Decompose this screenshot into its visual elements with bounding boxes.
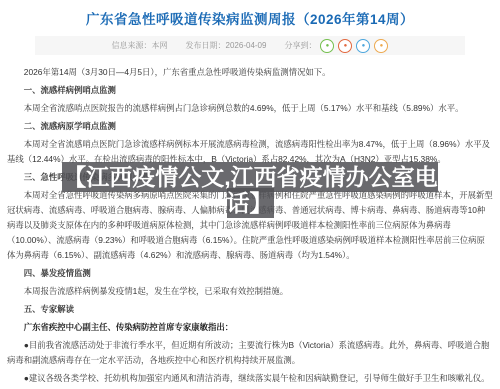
info-source-label: 信息来源： xyxy=(112,41,152,50)
qzone-share-icon[interactable]: ● xyxy=(374,39,388,53)
share-label: 分享到： xyxy=(284,40,316,51)
expert-bullet-1: ●目前我省流感活动处于非流行季水平，但近期有所波动；主要流行株为B（Victor… xyxy=(7,338,493,368)
weibo-share-icon[interactable]: ● xyxy=(338,39,352,53)
qq-share-icon[interactable]: ● xyxy=(356,39,370,53)
intro-paragraph: 2026年第14周（3月30日—4月5日），广东省重点急性呼吸道传染病监测情况如… xyxy=(7,65,493,80)
section-3-heading: 三、急性呼吸道传染病多病原监测 xyxy=(7,170,493,185)
meta-bar: 信息来源：本网 发布日期：2026-04-09 分享到： ● ● ● ● xyxy=(35,36,465,55)
section-1-paragraph: 本周全省流感哨点医院报告的流感样病例占门急诊病例总数的4.69%，低于上周（5.… xyxy=(7,101,493,116)
publish-date: 发布日期：2026-04-09 xyxy=(186,40,267,51)
weekly-report-page: 广东省急性呼吸道传染病监测周报（2026年第14周） 信息来源：本网 发布日期：… xyxy=(0,0,500,389)
wechat-share-icon[interactable]: ● xyxy=(320,39,334,53)
article-body: 2026年第14周（3月30日—4月5日），广东省重点急性呼吸道传染病监测情况如… xyxy=(7,65,493,386)
info-source: 信息来源：本网 xyxy=(112,40,168,51)
publish-date-label: 发布日期： xyxy=(186,41,226,50)
share-group: 分享到： ● ● ● ● xyxy=(284,39,388,53)
section-1-heading: 一、流感样病例哨点监测 xyxy=(7,83,493,98)
page-title: 广东省急性呼吸道传染病监测周报（2026年第14周） xyxy=(0,0,500,28)
section-4-paragraph: 本周报告流感样病例暴发疫情1起，发生在学校，已采取有效控制措施。 xyxy=(7,284,493,299)
section-3-paragraph: 本周对全省急性呼吸道传染病多病原哨点医院采集的门急诊流感样病例和住院严重急性呼吸… xyxy=(7,188,493,263)
publish-date-value: 2026-04-09 xyxy=(226,41,267,50)
expert-bullet-2: ●建议各级各类学校、托幼机构加强室内通风和清洁消毒，继续落实晨午检和因病缺勤登记… xyxy=(7,371,493,386)
section-4-heading: 四、暴发疫情监测 xyxy=(7,266,493,281)
expert-lead: 广东省疾控中心副主任、传染病防控首席专家康敏指出： xyxy=(7,320,493,335)
info-source-value: 本网 xyxy=(152,41,168,50)
section-2-paragraph: 本周对全省流感哨点医院门急诊流感样病例标本开展流感病毒检测，流感病毒阳性检出率为… xyxy=(7,137,493,167)
section-2-heading: 二、流感病原学哨点监测 xyxy=(7,119,493,134)
section-5-heading: 五、专家解读 xyxy=(7,302,493,317)
